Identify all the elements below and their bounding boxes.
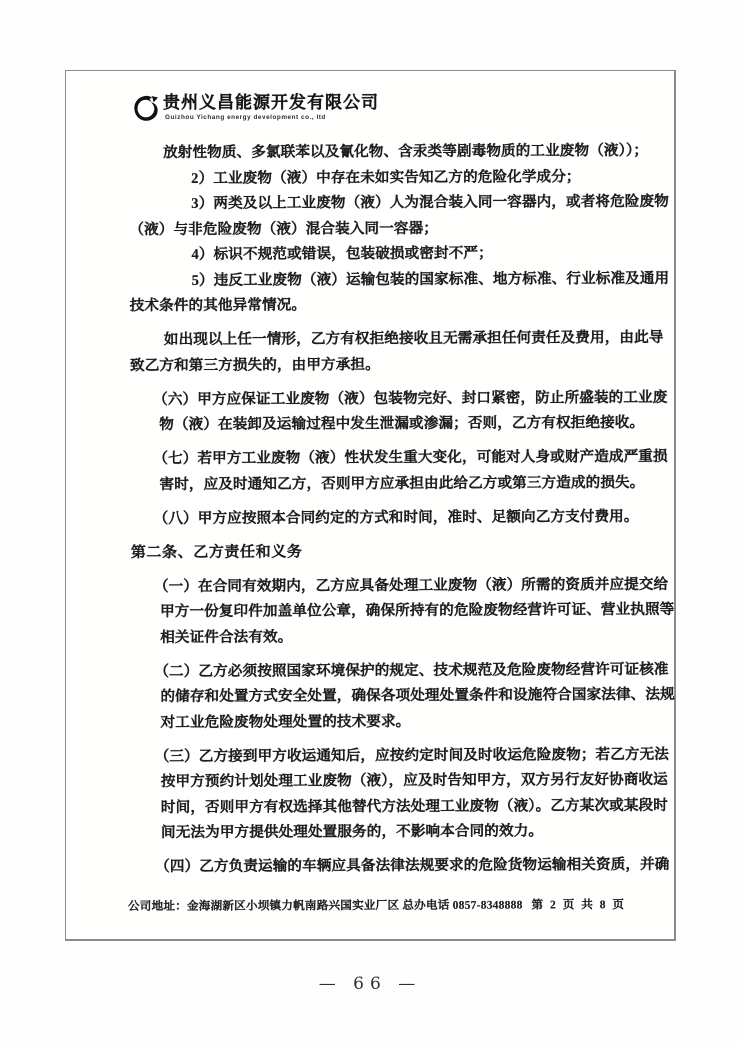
doc-line: 致乙方和第三方损失的，由甲方承担。 xyxy=(130,351,645,379)
doc-line: 害时，应及时通知乙方，否则甲方应承担由此给乙方或第三方造成的损失。 xyxy=(159,470,645,498)
doc-line: 相关证件合法有效。 xyxy=(160,623,646,651)
doc-line: 4）标识不规范或错误，包装破损或密封不严； xyxy=(191,241,644,268)
book-page-number: — 66 — xyxy=(0,974,740,994)
contract-body: 放射性物质、多氯联苯以及氰化物、含汞类等剧毒物质的工业废物（液））； 2）工业废… xyxy=(129,139,647,881)
company-logo-text: 贵州义昌能源开发有限公司 Guizhou Yichang energy deve… xyxy=(163,93,379,121)
doc-line: 2）工业废物（液）中存在未如实告知乙方的危险化学成分； xyxy=(191,164,644,191)
company-logo-icon xyxy=(132,94,160,124)
doc-line: （二）乙方必须按照国家环境保护的规定、技术规范及危险废物经营许可证核准 xyxy=(154,657,646,685)
doc-line: 3）两类及以上工业废物（液）人为混合装入同一容器内，或者将危险废物 xyxy=(191,190,644,217)
company-address: 公司地址：金海湖新区小坝镇力帆南路兴国实业厂区 总办电话 0857-834888… xyxy=(128,897,523,914)
doc-line: （一）在合同有效期内，乙方应具备处理工业废物（液）所需的资质并应提交给 xyxy=(154,572,646,600)
doc-line: 间无法为甲方提供处理处置服务的，不影响本合同的效力。 xyxy=(161,819,647,847)
doc-line: （液）与非危险废物（液）混合装入同一容器； xyxy=(129,215,644,243)
doc-line: 甲方一份复印件加盖单位公章，确保所持有的危险废物经营许可证、营业执照等 xyxy=(160,598,646,626)
page-indicator: 第 2 页 共 8 页 xyxy=(532,896,627,912)
doc-line: 放射性物质、多氯联苯以及氰化物、含汞类等剧毒物质的工业废物（液））； xyxy=(163,139,644,167)
scanned-document-page: 贵州义昌能源开发有限公司 Guizhou Yichang energy deve… xyxy=(0,0,740,1046)
doc-line: （四）乙方负责运输的车辆应具备法律法规要求的危险货物运输相关资质，并确 xyxy=(155,853,647,881)
sheet-footer: 公司地址：金海湖新区小坝镇力帆南路兴国实业厂区 总办电话 0857-834888… xyxy=(128,896,640,914)
doc-line: （八）甲方应按照本合同约定的方式和时间，准时、足额向乙方支付费用。 xyxy=(154,504,646,532)
doc-line: 技术条件的其他异常情况。 xyxy=(130,292,645,320)
company-letterhead: 贵州义昌能源开发有限公司 Guizhou Yichang energy deve… xyxy=(132,93,379,124)
section-heading: 第二条、乙方责任和义务 xyxy=(131,538,646,566)
company-name-en: Guizhou Yichang energy development co., … xyxy=(165,114,375,121)
doc-line: （三）乙方接到甲方收运通知后，应按约定时间及时收运危险废物；若乙方无法 xyxy=(155,742,647,770)
doc-line: （七）若甲方工业废物（液）性状发生重大变化，可能对人身或财产造成严重损 xyxy=(153,445,645,473)
doc-line: 物（液）在装卸及运输过程中发生泄漏或渗漏；否则，乙方有权拒绝接收。 xyxy=(159,411,645,439)
doc-line: （六）甲方应保证工业废物（液）包装物完好、封口紧密，防止所盛装的工业废 xyxy=(153,385,645,413)
doc-line: 按甲方预约计划处理工业废物（液），应及时告知甲方，双方另行友好协商收运 xyxy=(161,768,647,796)
page-sheet: 贵州义昌能源开发有限公司 Guizhou Yichang energy deve… xyxy=(65,70,676,941)
doc-line: 的储存和处置方式安全处置，确保各项处理处置条件和设施符合国家法律、法规 xyxy=(160,683,646,711)
doc-line: 时间，否则甲方有权选择其他替代方法处理工业废物（液）。乙方某次或某段时 xyxy=(161,793,647,821)
doc-line: 对工业危险废物处理处置的技术要求。 xyxy=(160,708,646,736)
doc-line: 5）违反工业废物（液）运输包装的国家标准、地方标准、行业标准及通用 xyxy=(192,266,645,293)
doc-line: 如出现以上任一情形，乙方有权拒绝接收且无需承担任何责任及费用，由此导 xyxy=(164,326,645,354)
company-name-cn: 贵州义昌能源开发有限公司 xyxy=(163,93,379,113)
